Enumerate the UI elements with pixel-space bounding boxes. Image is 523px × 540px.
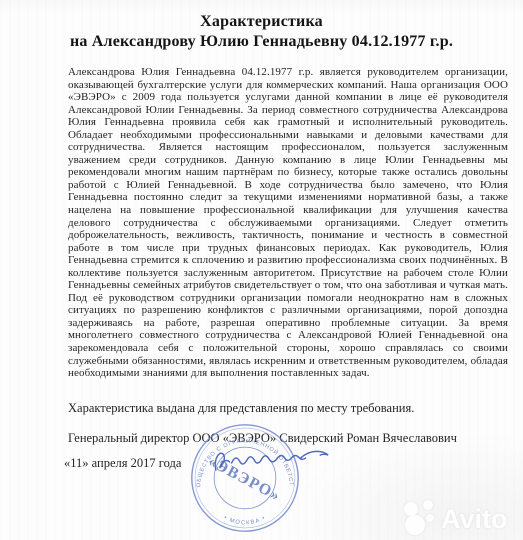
director-signature <box>208 446 336 478</box>
signature-flourish <box>301 451 329 458</box>
document-body: Александрова Юлия Геннадьевна 04.12.1977… <box>68 66 508 380</box>
title-line-1: Характеристика <box>0 12 523 32</box>
company-stamp: ОБЩЕСТВО С ОГРАНИЧЕННОЙ ОТВЕТСТВЕННОСТЬЮ… <box>189 422 301 534</box>
title-line-2: на Александрову Юлию Геннадьевну 04.12.1… <box>0 32 523 52</box>
signature-scribble <box>232 456 306 464</box>
issued-note: Характеристика выдана для представления … <box>68 401 414 416</box>
avito-logo-text: Avito <box>441 504 508 534</box>
avito-watermark: Avito <box>397 494 519 536</box>
avito-logo-dots-icon <box>404 500 434 535</box>
signature-initial-loop <box>215 453 229 470</box>
stamp-ring-text-bottom: • МОСКВА • <box>223 515 268 527</box>
scanned-reference-letter: Характеристика на Александрову Юлию Генн… <box>0 0 523 540</box>
document-title: Характеристика на Александрову Юлию Генн… <box>0 12 523 52</box>
date-line: «11» апреля 2017 года <box>64 456 181 471</box>
